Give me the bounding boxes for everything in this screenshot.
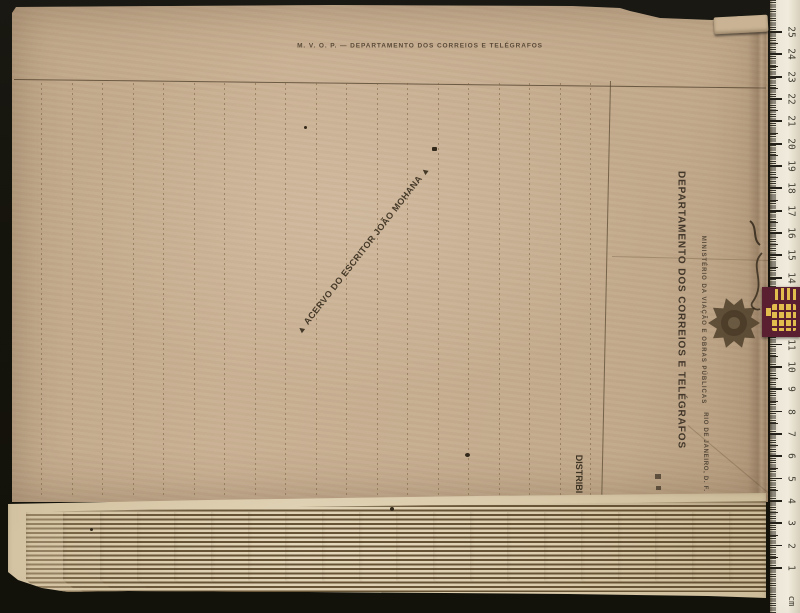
ruler-number: 7 [786,431,797,437]
ruler-cm-tick [770,165,782,167]
ruler-cm-tick [770,567,782,569]
tag-logo [772,304,796,331]
tag-logo-nub [766,308,771,316]
ink-speck [390,507,394,511]
rule-line [346,83,347,495]
rule-line [194,83,195,495]
rule-line [224,83,225,495]
rule-line [102,83,103,495]
ruler-cm-tick [770,455,782,457]
ruler-half-tick [770,43,778,44]
ruler-cm-tick [770,411,782,413]
rule-line [255,83,256,495]
ruler-unit-label: cm [786,596,796,607]
ruler-half-tick [770,110,778,111]
ruler-half-tick [770,378,778,379]
rule-line [377,83,378,495]
ruler-half-tick [770,200,778,201]
ruler-half-tick [770,468,778,469]
letterhead-department: DEPARTAMENTO DOS CORREIOS E TELÉGRAFOS [676,171,687,449]
ruler-number: 15 [786,250,797,261]
ruler-half-tick [770,66,778,67]
scanned-document-page: M. V. O. P. — DEPARTAMENTO DOS CORREIOS … [0,0,800,613]
ruler-cm-tick [770,98,782,100]
rule-line [590,83,591,495]
distribution-label: DISTRIBI [574,455,584,494]
rule-line [560,83,561,495]
ruler-half-tick [770,401,778,402]
ruler-cm-tick [770,120,782,122]
ruler-cm-tick [770,478,782,480]
ruler-number: 9 [786,386,797,392]
ruler-number: 22 [786,93,797,104]
tag-glyph [793,289,796,300]
ruler-number: 1 [786,565,797,571]
ruler-cm-tick [770,31,782,33]
ink-speck [304,126,307,129]
ruler-number: 17 [786,205,797,216]
rule-line [407,83,408,495]
ruler-half-tick [770,512,778,513]
ruler-number: 23 [786,71,797,82]
ruler-number: 6 [786,453,797,459]
form-header: M. V. O. P. — DEPARTAMENTO DOS CORREIOS … [297,43,543,50]
ruler-number: 5 [786,476,797,482]
ruler-number: 14 [786,272,797,283]
rule-line [163,83,164,495]
ruler-cm-tick [770,545,782,547]
ruler-cm-tick [770,53,782,55]
ruler-number: 24 [786,49,797,60]
rule-line [529,83,530,495]
rule-line [41,83,42,495]
ruler-half-tick [770,133,778,134]
ruler-cm-tick [770,366,782,368]
ruler-half-tick [770,88,778,89]
telegram-form-sheet: M. V. O. P. — DEPARTAMENTO DOS CORREIOS … [12,5,768,502]
ruler-number: 8 [786,409,797,415]
ruler-half-tick [770,177,778,178]
tag-glyph [787,288,790,300]
rule-line [72,83,73,495]
ruler-number: 3 [786,520,797,526]
ruler-cm-tick [770,433,782,435]
ruler-number: 21 [786,116,797,127]
ruler-cm-tick [770,210,782,212]
ruler-number: 19 [786,160,797,171]
ruler-cm-tick [770,187,782,189]
ruler-cm-tick [770,388,782,390]
rule-line [133,83,134,495]
ink-speck [90,528,93,531]
ruler-half-tick [770,490,778,491]
ruler-half-tick [770,445,778,446]
letterhead-ministry: MINISTÉRIO DA VIAÇÃO E OBRAS PÚBLICAS [700,236,706,404]
ruler-number: 11 [786,339,797,350]
ruler-half-tick [770,155,778,156]
tag-glyph [781,288,784,300]
ruler-half-tick [770,557,778,558]
ruler-number: 2 [786,543,797,549]
ruler-cm-tick [770,500,782,502]
ink-speck [432,147,437,151]
ruler-number: 10 [786,361,797,372]
ruler-cm-tick [770,76,782,78]
ruler-cm-tick [770,143,782,145]
ruler-number: 20 [786,138,797,149]
torn-corner-scrap [714,15,769,35]
rule-line [285,83,286,495]
rule-line [438,83,439,495]
rule-line [468,83,469,495]
print-fragment [656,486,661,490]
ruler-number: 16 [786,227,797,238]
ruler-half-tick [770,356,778,357]
letterhead-city: RIO DE JANEIRO, D. F. [702,412,708,491]
underlying-sheet [8,488,766,600]
rule-line [499,83,500,495]
ink-speck [465,453,470,457]
ruler-number: 18 [786,183,797,194]
print-fragment [655,474,661,479]
ruler-number: 4 [786,498,797,504]
tag-glyph [775,289,778,300]
ruler-cm-tick [770,344,782,346]
rule-line [316,83,317,495]
ruler-half-tick [770,535,778,536]
ruler-number: 25 [786,26,797,37]
ruler-cm-tick [770,522,782,524]
ruler-half-tick [770,423,778,424]
archive-color-tag [762,287,800,337]
